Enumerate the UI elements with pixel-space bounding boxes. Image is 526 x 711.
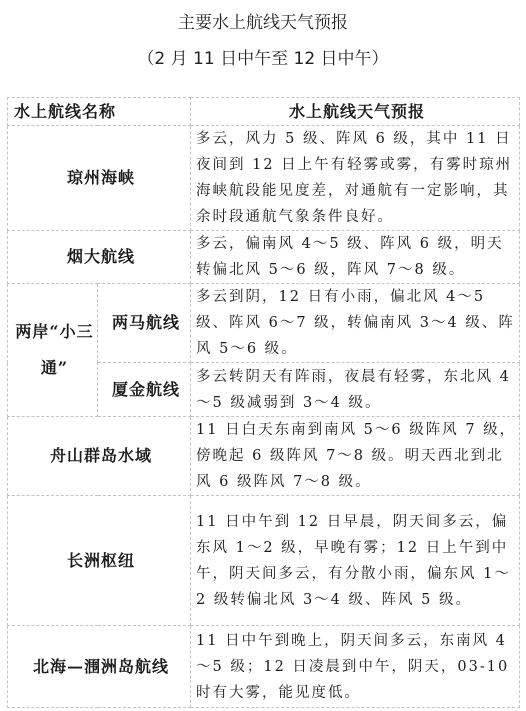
table-row: 长洲枢纽 11 日中午到 12 日早晨，阴天间多云，偏东风 1～2 级，早晚有雾… bbox=[8, 496, 520, 626]
route-forecast: 多云转阴天有阵雨，夜晨有轻雾，东北风 4～5 级减弱到 3～4 级。 bbox=[191, 363, 520, 417]
table-row: 两岸“小三通” 两马航线 多云到阴，12 日有小雨，偏北风 4～5 级、阵风 6… bbox=[8, 284, 520, 363]
table-row: 北海—涠洲岛航线 11 日中午到晚上，阴天间多云，东南风 4～5 级；12 日凌… bbox=[8, 626, 520, 708]
route-name: 琼州海峡 bbox=[8, 126, 191, 231]
forecast-table: 水上航线名称 水上航线天气预报 琼州海峡 多云，风力 5 级、阵风 6 级，其中… bbox=[7, 97, 520, 708]
header-route-name: 水上航线名称 bbox=[8, 98, 191, 126]
route-name: 舟山群岛水域 bbox=[8, 417, 191, 496]
route-forecast: 11 日中午到晚上，阴天间多云，东南风 4～5 级；12 日凌晨到中午，阴天，0… bbox=[191, 626, 520, 708]
table-header-row: 水上航线名称 水上航线天气预报 bbox=[8, 98, 520, 126]
table-row: 琼州海峡 多云，风力 5 级、阵风 6 级，其中 11 日夜间到 12 日上午有… bbox=[8, 126, 520, 231]
table-row: 舟山群岛水域 11 日白天东南到南风 5～6 级阵风 7 级，傍晚起 6 级阵风… bbox=[8, 417, 520, 496]
route-name: 长洲枢纽 bbox=[8, 496, 191, 626]
table-row: 烟大航线 多云，偏南风 4～5 级、阵风 6 级，明天转偏北风 5～6 级，阵风… bbox=[8, 231, 520, 284]
route-name: 两马航线 bbox=[98, 284, 191, 363]
route-forecast: 11 日中午到 12 日早晨，阴天间多云，偏东风 1～2 级，早晚有雾；12 日… bbox=[191, 496, 520, 626]
page-title: 主要水上航线天气预报 bbox=[0, 8, 526, 33]
page-subtitle: （2 月 11 日中午至 12 日中午） bbox=[0, 44, 526, 69]
route-name: 北海—涠洲岛航线 bbox=[8, 626, 191, 708]
route-name: 烟大航线 bbox=[8, 231, 191, 284]
header-forecast: 水上航线天气预报 bbox=[191, 98, 520, 126]
route-forecast: 11 日白天东南到南风 5～6 级阵风 7 级，傍晚起 6 级阵风 7～8 级。… bbox=[191, 417, 520, 496]
route-forecast: 多云，风力 5 级、阵风 6 级，其中 11 日夜间到 12 日上午有轻雾或雾，… bbox=[191, 126, 520, 231]
route-forecast: 多云，偏南风 4～5 级、阵风 6 级，明天转偏北风 5～6 级，阵风 7～8 … bbox=[191, 231, 520, 284]
route-group-name: 两岸“小三通” bbox=[8, 284, 98, 417]
route-name: 厦金航线 bbox=[98, 363, 191, 417]
route-forecast: 多云到阴，12 日有小雨，偏北风 4～5 级、阵风 6～7 级，转偏南风 3～4… bbox=[191, 284, 520, 363]
